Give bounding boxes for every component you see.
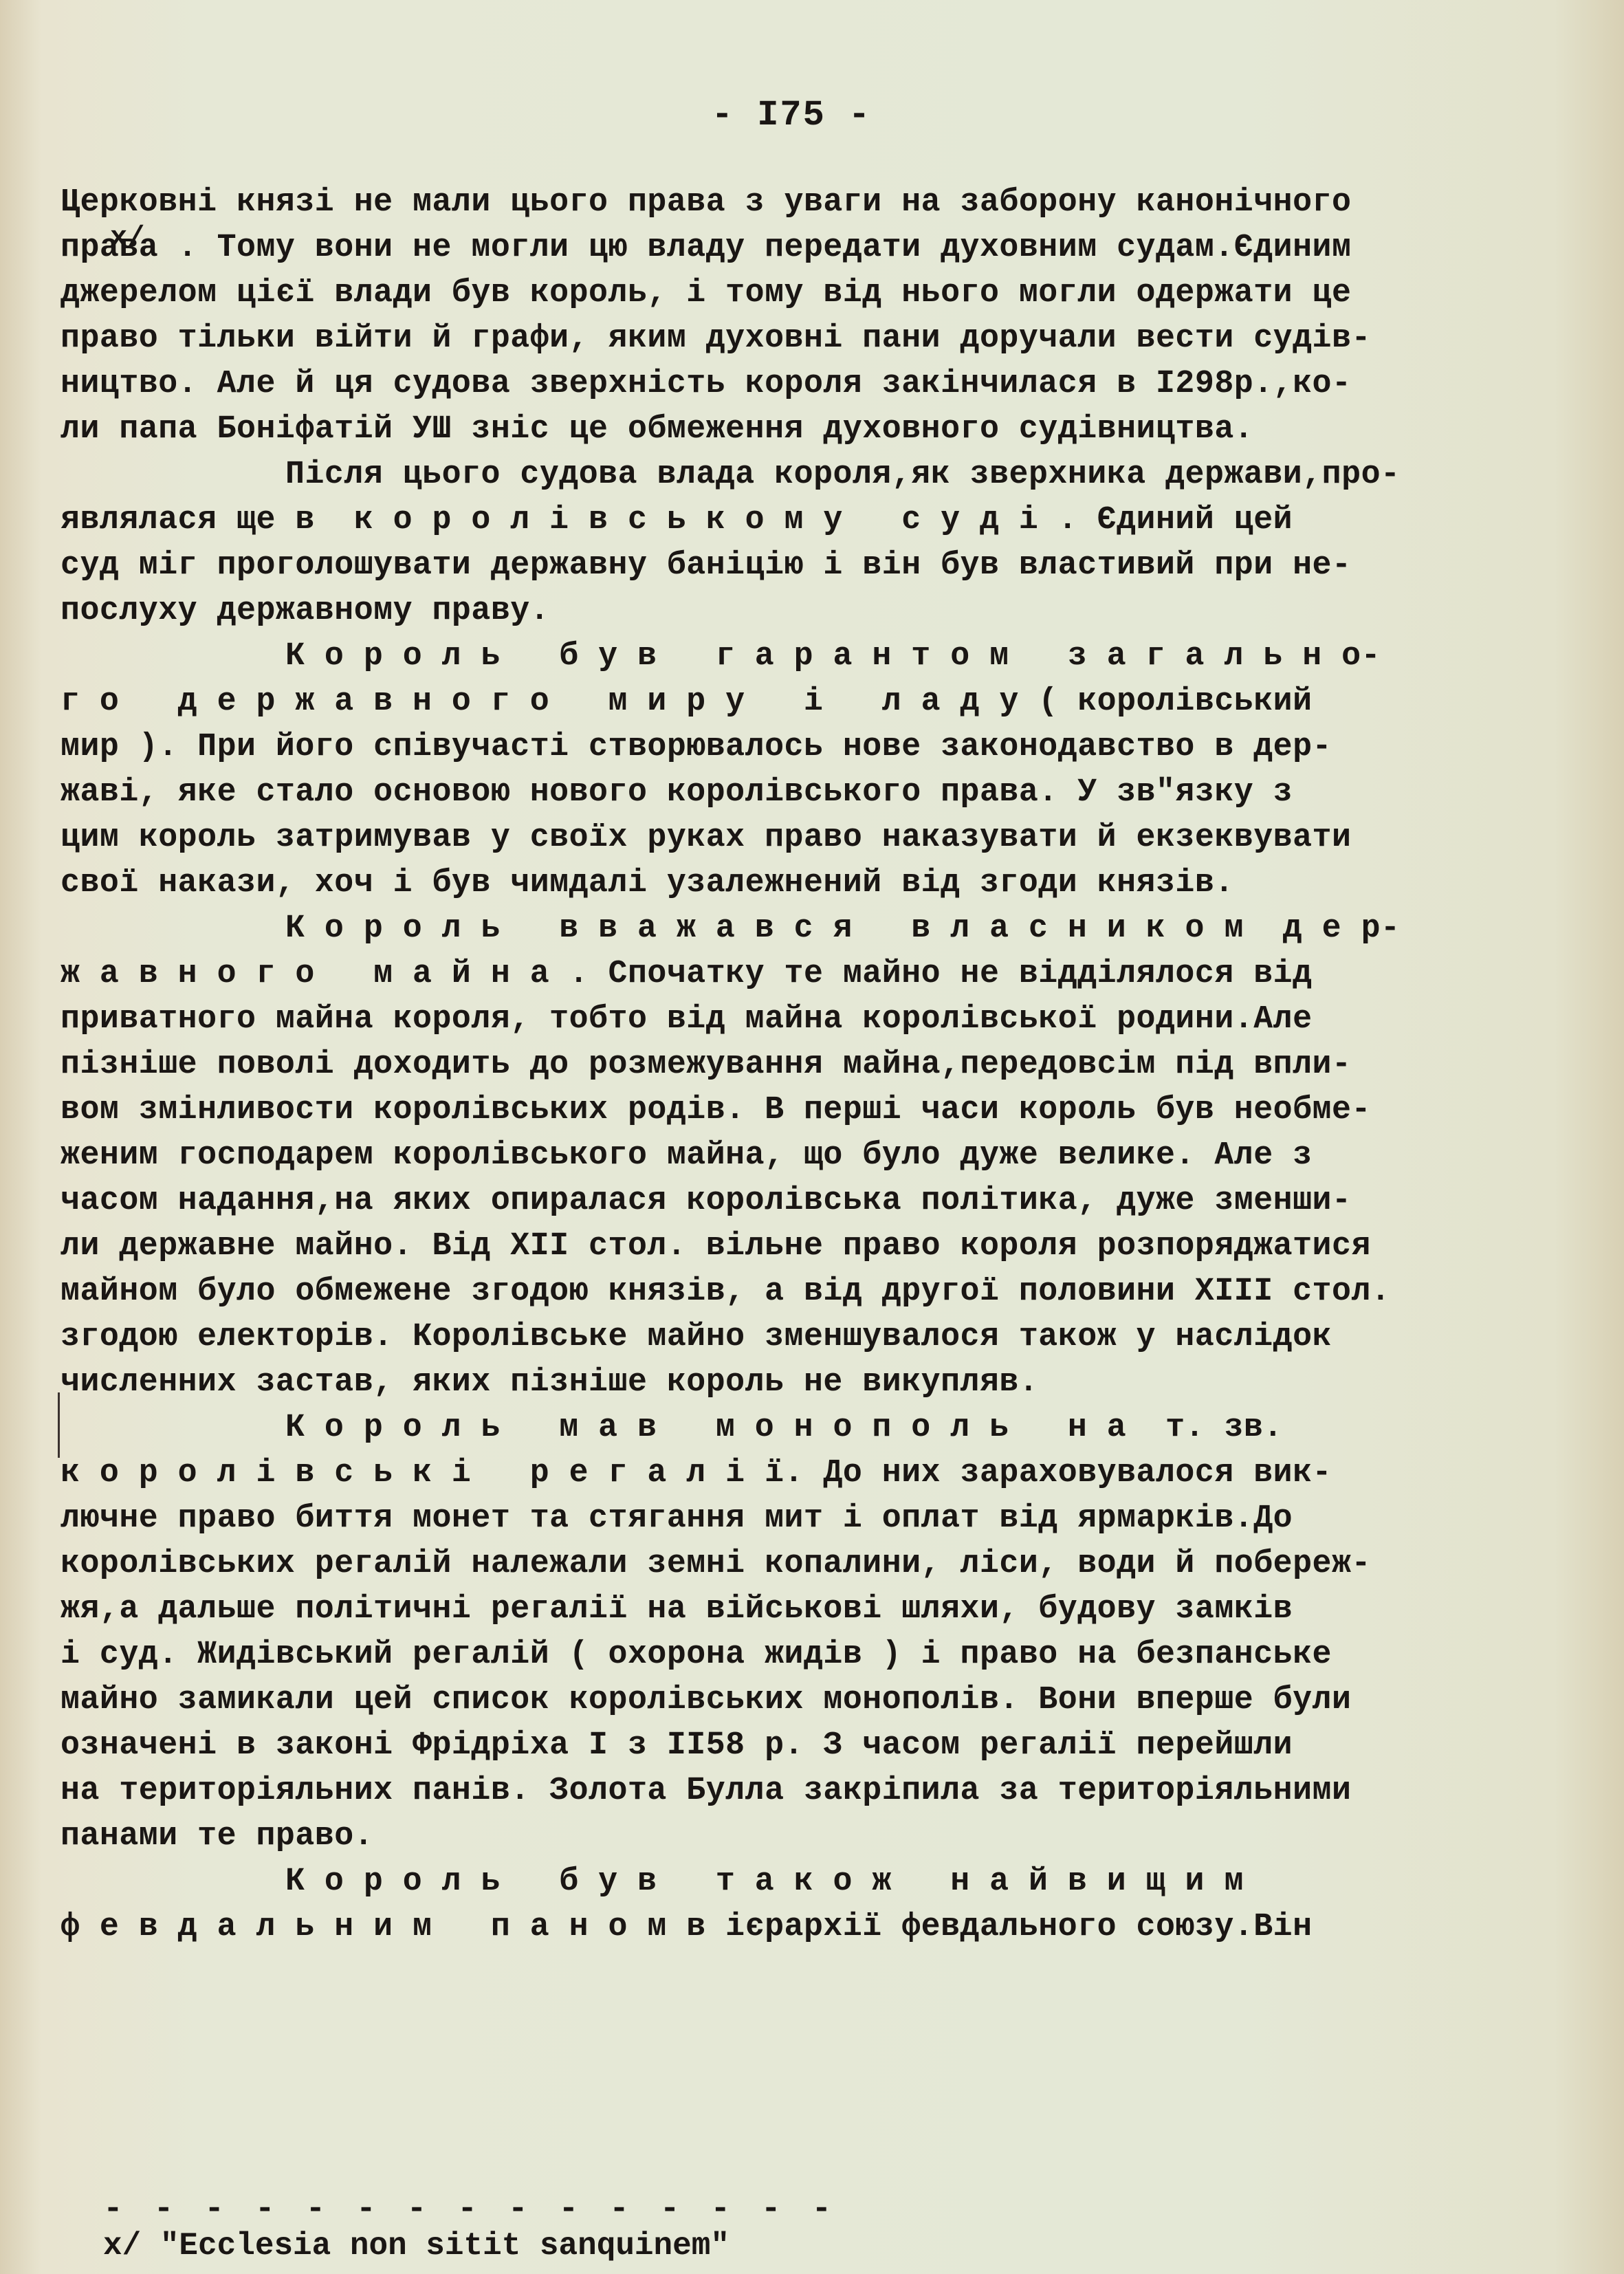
text-line: право тільки війти й графи, яким духовні…: [61, 316, 1573, 362]
text-line: являлася ще в к о р о л і в с ь к о м у …: [61, 498, 1573, 543]
text-line: цим король затримував у своїх руках прав…: [61, 816, 1573, 861]
text-line: Після цього судова влада короля,як зверх…: [61, 452, 1573, 498]
text-line: означені в законі Фрідріха I з II58 р. З…: [61, 1723, 1573, 1769]
text-line: жя,а дальше політичні регалії на військо…: [61, 1587, 1573, 1632]
text-line: женим господарем королівського майна, що…: [61, 1133, 1573, 1179]
text-line: вом змінливости королівських родів. В пе…: [61, 1088, 1573, 1133]
footnote-separator: - - - - - - - - - - - - - - -: [103, 2191, 837, 2228]
text-line: майном було обмежене згодою князів, а ві…: [61, 1269, 1573, 1315]
text-line: свої накази, хоч і був чимдалі узалежнен…: [61, 861, 1573, 906]
text-line: К о р о л ь м а в м о н о п о л ь н а т.…: [61, 1406, 1573, 1451]
text-line: послуху державному праву.: [61, 589, 1573, 634]
text-line: мир ). При його співучасті створювалось …: [61, 725, 1573, 770]
text-line: панами те право.: [61, 1814, 1573, 1859]
text-line: К о р о л ь б у в т а к о ж н а й в и щ …: [61, 1859, 1573, 1905]
text-line: К о р о л ь б у в г а р а н т о м з а г …: [61, 634, 1573, 679]
text-line: численних застав, яких пізніше король не…: [61, 1360, 1573, 1406]
text-line: згодою електорів. Королівське майно змен…: [61, 1315, 1573, 1360]
text-line: Церковні князі не мали цього права з ува…: [61, 180, 1573, 226]
text-line: лючне право биття монет та стягання мит …: [61, 1496, 1573, 1542]
text-line: майно замикали цей список королівських м…: [61, 1678, 1573, 1723]
text-line: ництво. Але й ця судова зверхність корол…: [61, 362, 1573, 407]
text-line: королівських регалій належали земні копа…: [61, 1542, 1573, 1587]
text-line: г о д е р ж а в н о г о м и р у і л а д …: [61, 679, 1573, 725]
text-line: ли папа Боніфатій УШ зніс це обмеження д…: [61, 407, 1573, 452]
text-line: часом надання,на яких опиралася королівс…: [61, 1179, 1573, 1224]
text-line: суд міг проголошувати державну баніцію і…: [61, 543, 1573, 589]
text-line: на територіяльних панів. Золота Булла за…: [61, 1769, 1573, 1814]
text-line: ли державне майно. Від XII стол. вільне …: [61, 1224, 1573, 1269]
page-number: - I75 -: [0, 95, 1624, 135]
text-line: і суд. Жидівський регалій ( охорона жиді…: [61, 1632, 1573, 1678]
text-line: права . Тому вони не могли цю владу пере…: [61, 226, 1573, 271]
text-line: ф е в д а л ь н и м п а н о м в ієрархії…: [61, 1905, 1573, 1950]
body-text: Церковні князі не мали цього права з ува…: [61, 180, 1587, 1950]
text-line: К о р о л ь в в а ж а в с я в л а с н и …: [61, 906, 1573, 952]
text-line: к о р о л і в с ь к і р е г а л і ї. До …: [61, 1451, 1573, 1496]
text-line: жаві, яке стало основою нового королівсь…: [61, 770, 1573, 816]
footnote: x/ "Ecclesia non sitit sanquinem": [103, 2228, 729, 2264]
text-line: ж а в н о г о м а й н а . Спочатку те ма…: [61, 952, 1573, 997]
text-line: пізніше поволі доходить до розмежування …: [61, 1042, 1573, 1088]
text-line: приватного майна короля, тобто від майна…: [61, 997, 1573, 1042]
text-line: джерелом цієї влади був король, і тому в…: [61, 271, 1573, 316]
margin-mark: [58, 1392, 60, 1458]
